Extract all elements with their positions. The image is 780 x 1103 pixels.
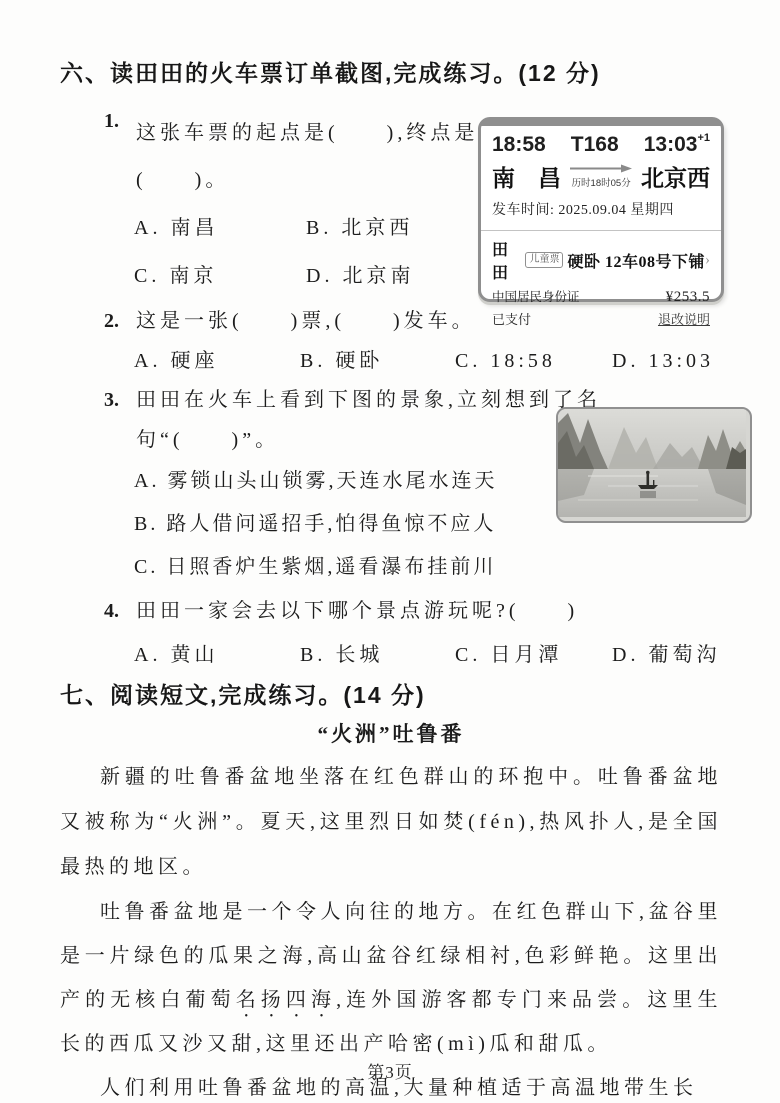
q2-option-a: A. 硬座 — [134, 342, 300, 380]
departure-datetime: 发车时间: 2025.09.04 星期四 — [492, 199, 710, 219]
berth-seat-info: 硬卧 12车08号下铺 — [567, 249, 705, 272]
question-4: 4. 田田一家会去以下哪个景点游玩呢?( ) — [104, 589, 722, 633]
q2-option-d: D. 13:03 — [612, 342, 722, 380]
destination-station: 北京西 — [641, 160, 710, 193]
payment-row: 已支付 退改说明 — [492, 309, 710, 328]
arrive-plus-one-badge: +1 — [697, 132, 710, 144]
trip-duration-label: 历时18时05分 — [571, 174, 630, 188]
q4-option-c: C. 日月潭 — [455, 633, 612, 677]
refund-policy-link[interactable]: 退改说明 — [658, 309, 710, 328]
question-4-options: A. 黄山 B. 长城 C. 日月潭 D. 葡萄沟 — [134, 633, 722, 677]
passenger-name: 田田 — [492, 237, 522, 283]
section6-heading: 六、读田田的火车票订单截图,完成练习。(12 分) — [60, 56, 722, 90]
arrive-time: 13:03+1 — [644, 133, 710, 157]
q1-option-c: C. 南京 — [134, 252, 306, 300]
q3-option-b: B. 路人借问遥招手,怕得鱼惊不应人 — [134, 503, 604, 546]
duration-block: 历时18时05分 — [565, 164, 637, 189]
question-2-options: A. 硬座 B. 硬卧 C. 18:58 D. 13:03 — [134, 342, 722, 380]
q3-option-c: C. 日照香炉生紫烟,遥看瀑布挂前川 — [134, 546, 604, 589]
q4-option-d: D. 葡萄沟 — [612, 633, 722, 677]
q2-option-b: B. 硬卧 — [300, 342, 455, 380]
ticket-main-section: 18:58 T168 13:03+1 南 昌 历时18时05分 北京西 发车时间… — [481, 126, 721, 225]
section7-heading: 七、阅读短文,完成练习。(14 分) — [60, 677, 722, 713]
q1-option-d: D. 北京南 — [306, 252, 494, 300]
arrive-time-value: 13:03 — [644, 133, 698, 156]
origin-station: 南 昌 — [492, 160, 561, 193]
ticket-passenger-section: 田田 儿童票 硬卧 12车08号下铺 › 中国居民身份证 ¥253.5 已支付 … — [481, 230, 721, 334]
q4-option-b: B. 长城 — [300, 633, 455, 677]
arrow-right-icon — [569, 164, 633, 173]
id-document-type: 中国居民身份证 — [492, 287, 580, 305]
passage-paragraph-2: 吐鲁番盆地是一个令人向往的地方。在红色群山下,盆谷里是一片绿色的瓜果之海,高山盆… — [60, 890, 722, 1066]
q3-option-a: A. 雾锁山头山锁雾,天连水尾水连天 — [134, 460, 604, 503]
question-4-text: 田田一家会去以下哪个景点游玩呢?( ) — [136, 589, 722, 633]
page-number: 第3页 — [0, 1058, 780, 1083]
question-3-number: 3. — [104, 380, 136, 460]
chevron-right-icon[interactable]: › — [705, 253, 710, 268]
exam-page: 六、读田田的火车票订单截图,完成练习。(12 分) 1. 这张车票的起点是( )… — [0, 0, 780, 1103]
essay-title: “火洲”吐鲁番 — [60, 713, 722, 755]
ticket-times-row: 18:58 T168 13:03+1 — [492, 133, 710, 157]
payment-status: 已支付 — [492, 309, 531, 328]
question-2-number: 2. — [104, 300, 136, 342]
misty-mountains-boat-illustration — [558, 409, 746, 517]
ticket-price: ¥253.5 — [666, 289, 710, 306]
q2-option-c: C. 18:58 — [455, 342, 612, 380]
question-4-number: 4. — [104, 589, 136, 633]
river-landscape-photo — [556, 407, 752, 523]
depart-time: 18:58 — [492, 133, 546, 157]
passage-paragraph-1: 新疆的吐鲁番盆地坐落在红色群山的环抱中。吐鲁番盆地又被称为“火洲”。夏天,这里烈… — [60, 755, 722, 890]
train-number: T168 — [571, 133, 619, 157]
question-1-options: A. 南昌 B. 北京西 C. 南京 D. 北京南 — [134, 204, 494, 300]
child-ticket-badge: 儿童票 — [525, 252, 563, 268]
p2-emphasized-phrase: 名扬四海 — [236, 989, 336, 1011]
train-ticket-card: 18:58 T168 13:03+1 南 昌 历时18时05分 北京西 发车时间… — [478, 117, 724, 302]
ticket-route-row: 南 昌 历时18时05分 北京西 — [492, 160, 710, 193]
id-price-row: 中国居民身份证 ¥253.5 — [492, 287, 710, 306]
question-1-number: 1. — [104, 110, 136, 204]
q1-option-a: A. 南昌 — [134, 204, 306, 252]
q4-option-a: A. 黄山 — [134, 633, 300, 677]
passenger-seat-row[interactable]: 田田 儿童票 硬卧 12车08号下铺 › — [492, 237, 710, 283]
q1-option-b: B. 北京西 — [306, 204, 494, 252]
question-3-options: A. 雾锁山头山锁雾,天连水尾水连天 B. 路人借问遥招手,怕得鱼惊不应人 C.… — [134, 460, 604, 589]
